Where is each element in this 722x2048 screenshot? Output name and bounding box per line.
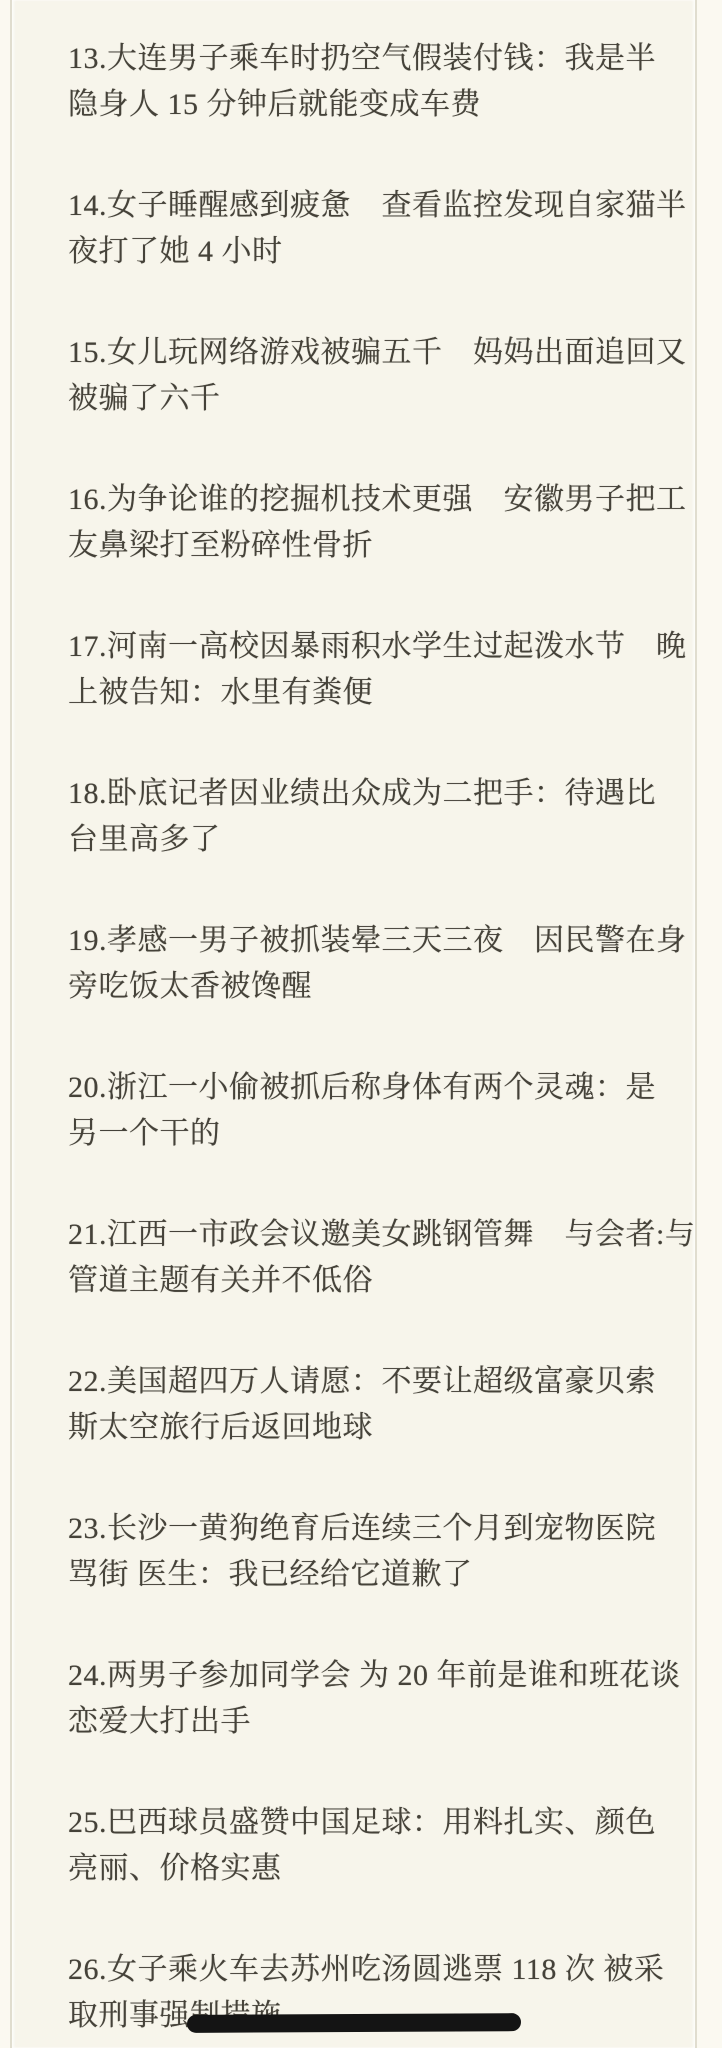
- news-item-line: 24.两男子参加同学会 为 20 年前是谁和班花谈: [68, 1653, 651, 1699]
- news-item-line: 23.长沙一黄狗绝育后连续三个月到宠物医院: [68, 1506, 651, 1552]
- news-item-line: 被骗了六千: [68, 376, 651, 422]
- news-item-line: 斯太空旅行后返回地球: [68, 1405, 651, 1451]
- news-item-line: 另一个干的: [68, 1111, 651, 1157]
- news-item-line: 21.江西一市政会议邀美女跳钢管舞 与会者:与: [68, 1212, 651, 1258]
- news-item: 13.大连男子乘车时扔空气假装付钱：我是半隐身人 15 分钟后就能变成车费: [68, 36, 651, 128]
- news-item-line: 隐身人 15 分钟后就能变成车费: [68, 82, 651, 128]
- news-item-line: 夜打了她 4 小时: [68, 229, 651, 275]
- news-item: 17.河南一高校因暴雨积水学生过起泼水节 晚上被告知：水里有粪便: [68, 624, 651, 716]
- news-item-line: 18.卧底记者因业绩出众成为二把手：待遇比: [68, 771, 651, 817]
- news-item-line: 13.大连男子乘车时扔空气假装付钱：我是半: [68, 36, 651, 82]
- news-item: 23.长沙一黄狗绝育后连续三个月到宠物医院骂街 医生：我已经给它道歉了: [68, 1506, 651, 1598]
- news-item-line: 上被告知：水里有粪便: [68, 670, 651, 716]
- news-item-line: 22.美国超四万人请愿：不要让超级富豪贝索: [68, 1359, 651, 1405]
- news-item: 24.两男子参加同学会 为 20 年前是谁和班花谈恋爱大打出手: [68, 1653, 651, 1745]
- news-item-line: 管道主题有关并不低俗: [68, 1258, 651, 1304]
- news-item: 16.为争论谁的挖掘机技术更强 安徽男子把工友鼻梁打至粉碎性骨折: [68, 477, 651, 569]
- news-item-line: 亮丽、价格实惠: [68, 1846, 651, 1892]
- news-item: 22.美国超四万人请愿：不要让超级富豪贝索斯太空旅行后返回地球: [68, 1359, 651, 1451]
- news-item-line: 台里高多了: [68, 817, 651, 863]
- document-page: 13.大连男子乘车时扔空气假装付钱：我是半隐身人 15 分钟后就能变成车费 14…: [10, 0, 697, 2048]
- news-item-line: 20.浙江一小偷被抓后称身体有两个灵魂：是: [68, 1065, 651, 1111]
- news-item-line: 25.巴西球员盛赞中国足球：用料扎实、颜色: [68, 1800, 651, 1846]
- news-item: 14.女子睡醒感到疲惫 查看监控发现自家猫半夜打了她 4 小时: [68, 183, 651, 275]
- news-item: 15.女儿玩网络游戏被骗五千 妈妈出面追回又被骗了六千: [68, 330, 651, 422]
- news-item: 20.浙江一小偷被抓后称身体有两个灵魂：是另一个干的: [68, 1065, 651, 1157]
- news-item-line: 旁吃饭太香被馋醒: [68, 964, 651, 1010]
- news-item: 25.巴西球员盛赞中国足球：用料扎实、颜色亮丽、价格实惠: [68, 1800, 651, 1892]
- news-item-line: 友鼻梁打至粉碎性骨折: [68, 523, 651, 569]
- news-item: 18.卧底记者因业绩出众成为二把手：待遇比台里高多了: [68, 771, 651, 863]
- news-item-line: 26.女子乘火车去苏州吃汤圆逃票 118 次 被采: [68, 1947, 651, 1993]
- news-item: 19.孝感一男子被抓装晕三天三夜 因民警在身旁吃饭太香被馋醒: [68, 918, 651, 1010]
- news-item: 21.江西一市政会议邀美女跳钢管舞 与会者:与管道主题有关并不低俗: [68, 1212, 651, 1304]
- news-item-line: 15.女儿玩网络游戏被骗五千 妈妈出面追回又: [68, 330, 651, 376]
- news-item-line: 14.女子睡醒感到疲惫 查看监控发现自家猫半: [68, 183, 651, 229]
- news-item-line: 恋爱大打出手: [68, 1699, 651, 1745]
- news-item-line: 17.河南一高校因暴雨积水学生过起泼水节 晚: [68, 624, 651, 670]
- news-headline-list: 13.大连男子乘车时扔空气假装付钱：我是半隐身人 15 分钟后就能变成车费 14…: [12, 0, 695, 2039]
- news-item-line: 16.为争论谁的挖掘机技术更强 安徽男子把工: [68, 477, 651, 523]
- redaction-marker: [187, 2013, 521, 2033]
- news-item-line: 19.孝感一男子被抓装晕三天三夜 因民警在身: [68, 918, 651, 964]
- news-item-line: 骂街 医生：我已经给它道歉了: [68, 1552, 651, 1598]
